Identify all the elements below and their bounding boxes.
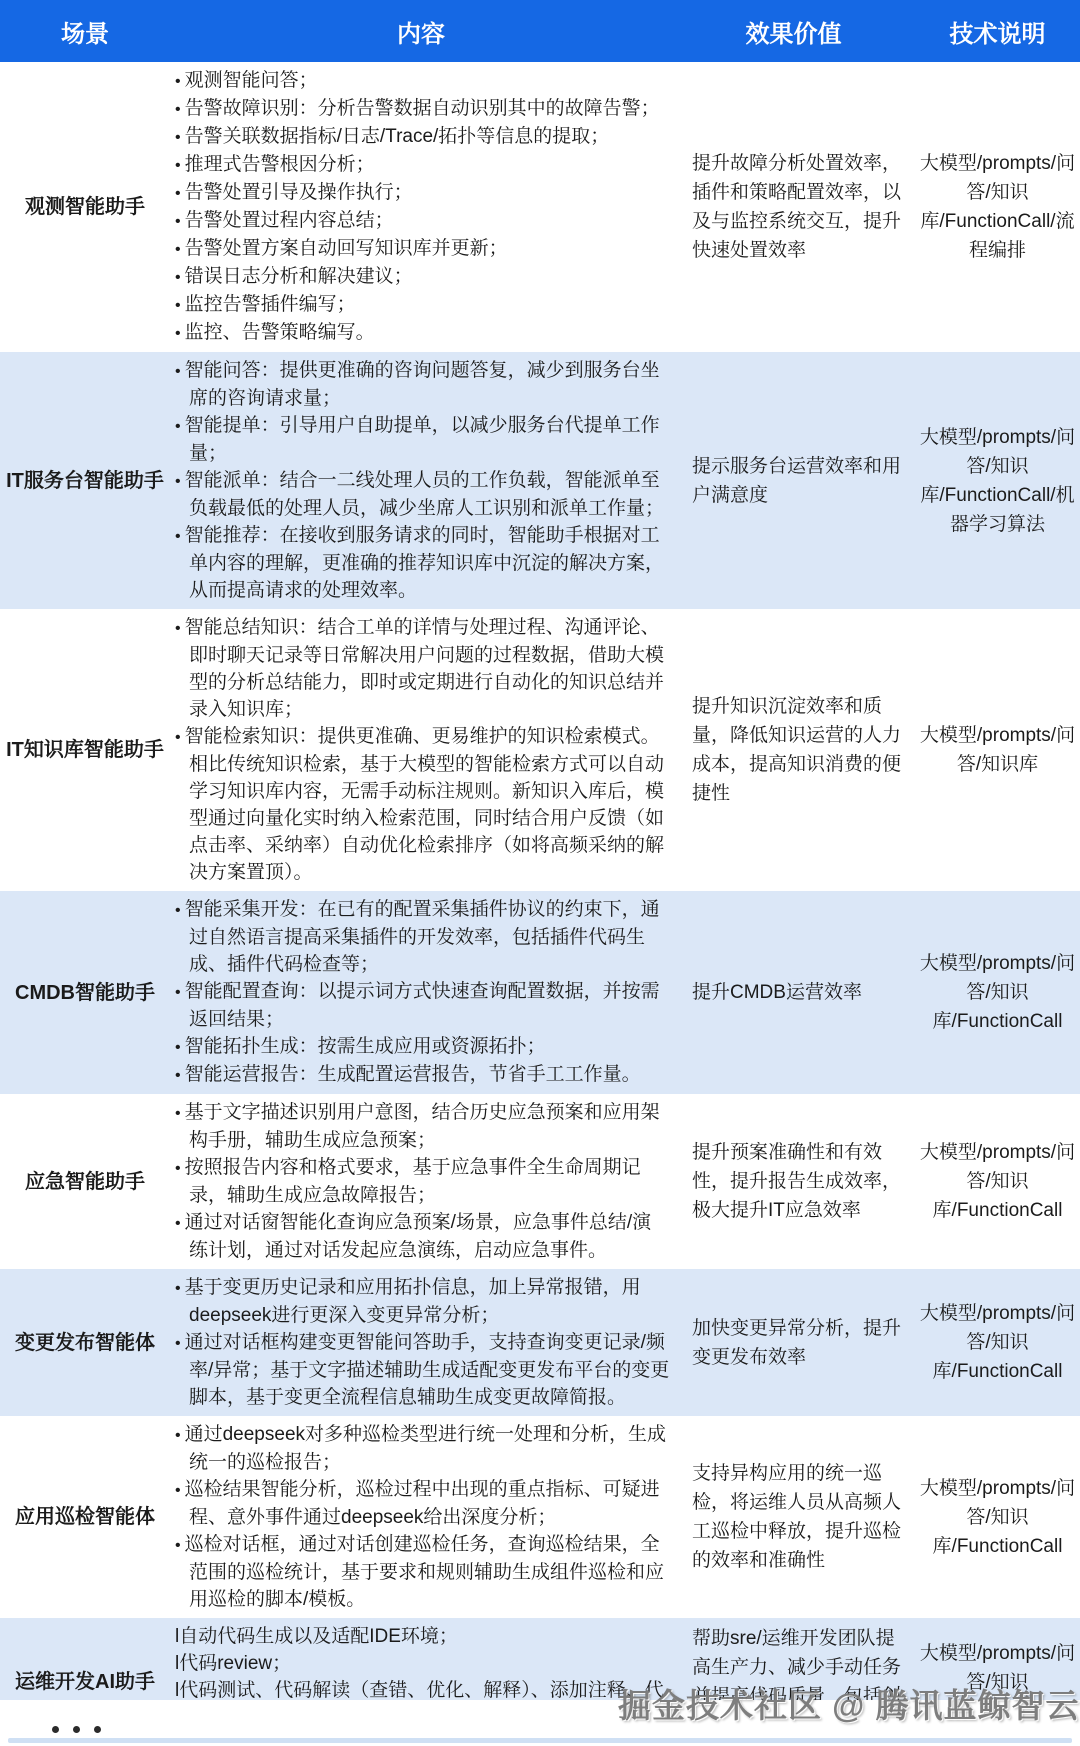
content-bullet: •告警故障识别：分析告警数据自动识别其中的故障告警；: [175, 95, 670, 123]
tech-cell: 大模型/prompts/问答/知识库/FunctionCall: [915, 1416, 1080, 1618]
tech-cell: 大模型/prompts/问答/知识库: [915, 609, 1080, 891]
scenario-cell: 应用巡检智能体: [0, 1416, 170, 1618]
content-bullet: l代码review；: [175, 1650, 670, 1677]
content-bullet: •监控告警插件编写；: [175, 291, 670, 319]
bullet-marker-icon: •: [175, 269, 181, 286]
content-bullet-list: •智能总结知识：结合工单的详情与处理过程、沟通评论、即时聊天记录等日常解决用户问…: [175, 614, 670, 886]
content-bullet: •智能总结知识：结合工单的详情与处理过程、沟通评论、即时聊天记录等日常解决用户问…: [175, 614, 670, 723]
scenario-cell: IT知识库智能助手: [0, 609, 170, 891]
effect-text: 提升知识沉淀效率和质量，降低知识运营的人力成本，提高知识消费的便捷性: [692, 692, 907, 808]
content-bullet: •智能派单：结合一二线处理人员的工作负载，智能派单至负载最低的处理人员，减少坐席…: [175, 467, 670, 522]
content-bullet: l自动代码生成以及适配IDE环境；: [175, 1623, 670, 1650]
bullet-marker-icon: •: [175, 1215, 181, 1232]
content-bullet: •观测智能问答；: [175, 67, 670, 95]
content-bullet: •智能问答：提供更准确的咨询问题答复，减少到服务台坐席的咨询请求量；: [175, 357, 670, 412]
table-row: 变更发布智能体 •基于变更历史记录和应用拓扑信息，加上异常报错，用deepsee…: [0, 1269, 1080, 1416]
content-cell: •智能总结知识：结合工单的详情与处理过程、沟通评论、即时聊天记录等日常解决用户问…: [170, 609, 672, 891]
scenario-cell: 变更发布智能体: [0, 1269, 170, 1416]
header-cell-scenario: 场景: [0, 14, 170, 49]
content-bullet-list: •基于变更历史记录和应用拓扑信息，加上异常报错，用deepseek进行更深入变更…: [175, 1274, 670, 1411]
bullet-marker-icon: •: [175, 73, 181, 90]
header-cell-effect: 效果价值: [672, 14, 915, 49]
content-bullet: •基于变更历史记录和应用拓扑信息，加上异常报错，用deepseek进行更深入变更…: [175, 1274, 670, 1329]
effect-cell: 加快变更异常分析，提升变更发布效率: [672, 1269, 915, 1416]
pagination-dot[interactable]: [52, 1726, 59, 1733]
content-bullet: •智能检索知识：提供更准确、更易维护的知识检索模式。相比传统知识检索，基于大模型…: [175, 723, 670, 886]
bullet-marker-icon: •: [175, 241, 181, 258]
scenario-cell: CMDB智能助手: [0, 891, 170, 1094]
bullet-marker-icon: •: [175, 185, 181, 202]
bullet-marker-icon: •: [175, 1105, 181, 1122]
effect-text: 加快变更异常分析，提升变更发布效率: [692, 1314, 907, 1372]
content-bullet: •通过对话窗智能化查询应急预案/场景，应急事件总结/演练计划，通过对话发起应急演…: [175, 1209, 670, 1264]
tech-cell: 大模型/prompts/问答/知识库/FunctionCall: [915, 1094, 1080, 1269]
bullet-marker-icon: •: [175, 729, 181, 746]
tech-cell: 大模型/prompts/问答/知识库/FunctionCall/流程编排: [915, 62, 1080, 352]
bullet-marker-icon: •: [175, 1335, 181, 1352]
bullet-marker-icon: •: [175, 363, 181, 380]
content-cell: •观测智能问答；•告警故障识别：分析告警数据自动识别其中的故障告警；•告警关联数…: [170, 62, 672, 352]
tech-text: 大模型/prompts/问答/知识库/FunctionCall: [918, 1299, 1077, 1386]
bottom-divider: [8, 1738, 1072, 1743]
content-bullet: •告警处置方案自动回写知识库并更新；: [175, 235, 670, 263]
table-body: 观测智能助手 •观测智能问答；•告警故障识别：分析告警数据自动识别其中的故障告警…: [0, 62, 1080, 1746]
bullet-marker-icon: •: [175, 213, 181, 230]
table-row: 应用巡检智能体 •通过deepseek对多种巡检类型进行统一处理和分析，生成统一…: [0, 1416, 1080, 1618]
bullet-marker-icon: •: [175, 1160, 181, 1177]
content-cell: •基于变更历史记录和应用拓扑信息，加上异常报错，用deepseek进行更深入变更…: [170, 1269, 672, 1416]
tech-text: 大模型/prompts/问答/知识库/FunctionCall/机器学习算法: [918, 423, 1077, 539]
bullet-marker-icon: •: [175, 418, 181, 435]
effect-text: 提升CMDB运营效率: [692, 978, 862, 1007]
table-row: IT服务台智能助手 •智能问答：提供更准确的咨询问题答复，减少到服务台坐席的咨询…: [0, 352, 1080, 609]
effect-cell: 提升CMDB运营效率: [672, 891, 915, 1094]
tech-cell: 大模型/prompts/问答/知识库/FunctionCall: [915, 1269, 1080, 1416]
content-bullet-list: •智能问答：提供更准确的咨询问题答复，减少到服务台坐席的咨询请求量；•智能提单：…: [175, 357, 670, 604]
content-bullet: •智能采集开发：在已有的配置采集插件协议的约束下，通过自然语言提高采集插件的开发…: [175, 896, 670, 978]
bullet-marker-icon: •: [175, 473, 181, 490]
content-bullet: •按照报告内容和格式要求，基于应急事件全生命周期记录，辅助生成应急故障报告；: [175, 1154, 670, 1209]
tech-text: 大模型/prompts/问答/知识库/FunctionCall: [918, 1474, 1077, 1561]
content-bullet: •智能推荐：在接收到服务请求的同时，智能助手根据对工单内容的理解，更准确的推荐知…: [175, 522, 670, 604]
watermark: 掘金技术社区 @ 腾讯蓝鲸智云: [618, 1680, 1080, 1727]
bullet-marker-icon: •: [175, 325, 181, 342]
content-cell: •通过deepseek对多种巡检类型进行统一处理和分析，生成统一的巡检报告；•巡…: [170, 1416, 672, 1618]
bullet-marker-icon: •: [175, 1537, 181, 1554]
effect-cell: 支持异构应用的统一巡检，将运维人员从高频人工巡检中释放，提升巡检的效率和准确性: [672, 1416, 915, 1618]
bullet-marker-icon: •: [175, 528, 181, 545]
bullet-marker-icon: •: [175, 984, 181, 1001]
bullet-marker-icon: •: [175, 1280, 181, 1297]
content-bullet: •通过deepseek对多种巡检类型进行统一处理和分析，生成统一的巡检报告；: [175, 1421, 670, 1476]
pagination-dot[interactable]: [73, 1726, 80, 1733]
scenario-cell: 观测智能助手: [0, 62, 170, 352]
content-cell: •基于文字描述识别用户意图，结合历史应急预案和应用架构手册，辅助生成应急预案；•…: [170, 1094, 672, 1269]
content-bullet-list: •智能采集开发：在已有的配置采集插件协议的约束下，通过自然语言提高采集插件的开发…: [175, 896, 670, 1089]
bullet-marker-icon: •: [175, 1039, 181, 1056]
scenario-cell: 应急智能助手: [0, 1094, 170, 1269]
bullet-marker-icon: •: [175, 157, 181, 174]
bullet-marker-icon: •: [175, 1427, 181, 1444]
tech-cell: 大模型/prompts/问答/知识库/FunctionCall: [915, 891, 1080, 1094]
pagination-dot[interactable]: [94, 1726, 101, 1733]
effect-cell: 提升预案准确性和有效性，提升报告生成效率，极大提升IT应急效率: [672, 1094, 915, 1269]
table-row: CMDB智能助手 •智能采集开发：在已有的配置采集插件协议的约束下，通过自然语言…: [0, 891, 1080, 1094]
tech-cell: 大模型/prompts/问答/知识库/FunctionCall/机器学习算法: [915, 352, 1080, 609]
bullet-marker-icon: •: [175, 101, 181, 118]
tech-text: 大模型/prompts/问答/知识库/FunctionCall: [918, 949, 1077, 1036]
content-bullet-list: •基于文字描述识别用户意图，结合历史应急预案和应用架构手册，辅助生成应急预案；•…: [175, 1099, 670, 1264]
pagination-dots[interactable]: [52, 1726, 101, 1733]
content-bullet-list: •观测智能问答；•告警故障识别：分析告警数据自动识别其中的故障告警；•告警关联数…: [175, 67, 670, 347]
effect-text: 提升故障分析处置效率，插件和策略配置效率，以及与监控系统交互，提升快速处置效率: [692, 149, 907, 265]
effect-cell: 提升故障分析处置效率，插件和策略配置效率，以及与监控系统交互，提升快速处置效率: [672, 62, 915, 352]
tech-text: 大模型/prompts/问答/知识库/FunctionCall/流程编排: [918, 149, 1077, 265]
content-bullet: •巡检结果智能分析，巡检过程中出现的重点指标、可疑进程、意外事件通过deepse…: [175, 1476, 670, 1531]
content-bullet: •推理式告警根因分析；: [175, 151, 670, 179]
bullet-marker-icon: •: [175, 297, 181, 314]
page: 场景 内容 效果价值 技术说明 观测智能助手 •观测智能问答；•告警故障识别：分…: [0, 0, 1080, 1746]
content-bullet: •通过对话框构建变更智能问答助手，支持查询变更记录/频率/异常；基于文字描述辅助…: [175, 1329, 670, 1411]
content-bullet-list: •通过deepseek对多种巡检类型进行统一处理和分析，生成统一的巡检报告；•巡…: [175, 1421, 670, 1613]
scenario-cell: IT服务台智能助手: [0, 352, 170, 609]
content-bullet: •智能拓扑生成：按需生成应用或资源拓扑；: [175, 1033, 670, 1061]
bullet-marker-icon: •: [175, 902, 181, 919]
bullet-marker-icon: •: [175, 620, 181, 637]
effect-text: 提升预案准确性和有效性，提升报告生成效率，极大提升IT应急效率: [692, 1138, 907, 1225]
table-header: 场景 内容 效果价值 技术说明: [0, 0, 1080, 62]
content-bullet: •告警处置过程内容总结；: [175, 207, 670, 235]
content-bullet: •告警关联数据指标/日志/Trace/拓扑等信息的提取；: [175, 123, 670, 151]
content-cell: •智能问答：提供更准确的咨询问题答复，减少到服务台坐席的咨询请求量；•智能提单：…: [170, 352, 672, 609]
content-bullet: •智能配置查询：以提示词方式快速查询配置数据，并按需返回结果；: [175, 978, 670, 1033]
header-cell-content: 内容: [170, 14, 672, 49]
table-row: 应急智能助手 •基于文字描述识别用户意图，结合历史应急预案和应用架构手册，辅助生…: [0, 1094, 1080, 1269]
tech-text: 大模型/prompts/问答/知识库/FunctionCall: [918, 1138, 1077, 1225]
table-row: IT知识库智能助手 •智能总结知识：结合工单的详情与处理过程、沟通评论、即时聊天…: [0, 609, 1080, 891]
content-bullet: •基于文字描述识别用户意图，结合历史应急预案和应用架构手册，辅助生成应急预案；: [175, 1099, 670, 1154]
content-cell: •智能采集开发：在已有的配置采集插件协议的约束下，通过自然语言提高采集插件的开发…: [170, 891, 672, 1094]
effect-cell: 提升知识沉淀效率和质量，降低知识运营的人力成本，提高知识消费的便捷性: [672, 609, 915, 891]
table-row: 观测智能助手 •观测智能问答；•告警故障识别：分析告警数据自动识别其中的故障告警…: [0, 62, 1080, 352]
tech-text: 大模型/prompts/问答/知识库: [918, 721, 1077, 779]
effect-text: 支持异构应用的统一巡检，将运维人员从高频人工巡检中释放，提升巡检的效率和准确性: [692, 1459, 907, 1575]
scenario-table: 场景 内容 效果价值 技术说明 观测智能助手 •观测智能问答；•告警故障识别：分…: [0, 0, 1080, 1746]
content-bullet: •巡检对话框，通过对话创建巡检任务，查询巡检结果，全范围的巡检统计，基于要求和规…: [175, 1531, 670, 1613]
content-bullet: •错误日志分析和解决建议；: [175, 263, 670, 291]
bullet-marker-icon: •: [175, 1482, 181, 1499]
content-bullet: •监控、告警策略编写。: [175, 319, 670, 347]
content-bullet: •智能提单：引导用户自助提单，以减少服务台代提单工作量；: [175, 412, 670, 467]
effect-cell: 提示服务台运营效率和用户满意度: [672, 352, 915, 609]
content-bullet: •告警处置引导及操作执行；: [175, 179, 670, 207]
bullet-marker-icon: •: [175, 129, 181, 146]
effect-text: 提示服务台运营效率和用户满意度: [692, 452, 907, 510]
header-cell-tech: 技术说明: [915, 14, 1080, 49]
bullet-marker-icon: •: [175, 1067, 181, 1084]
content-bullet: •智能运营报告：生成配置运营报告，节省手工工作量。: [175, 1061, 670, 1089]
